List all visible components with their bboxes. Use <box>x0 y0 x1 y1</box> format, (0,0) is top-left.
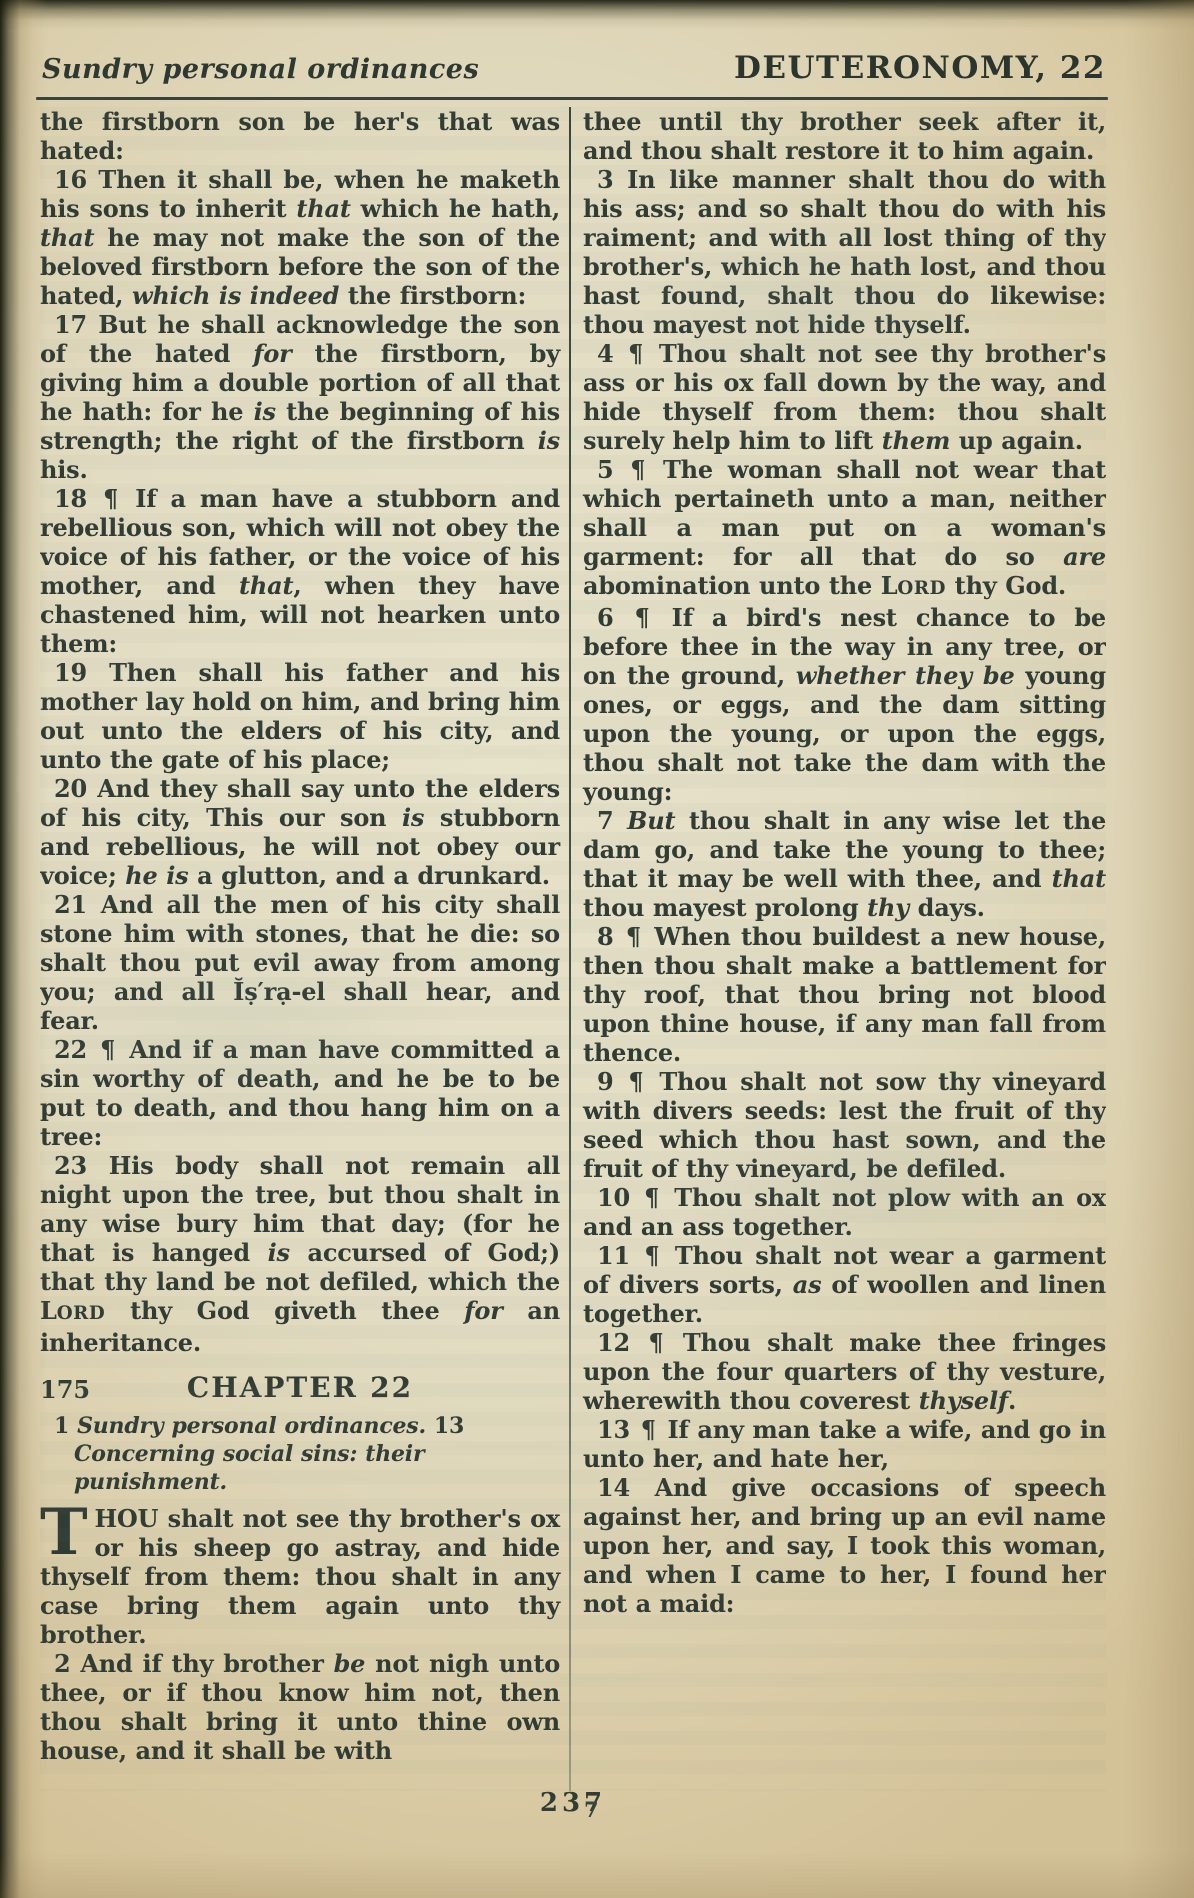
verse-paragraph: 7 But thou shalt in any wise let the dam… <box>583 806 1106 922</box>
verse-text: up again. <box>950 426 1083 455</box>
italicized-word: thy <box>867 893 909 922</box>
pilcrow-mark: ¶ <box>628 455 648 484</box>
italicized-word: that <box>239 571 293 600</box>
verse-number: 2 <box>54 1649 71 1678</box>
italicized-word: that <box>40 223 94 252</box>
verse-paragraph: 13 ¶ If any man take a wife, and go in u… <box>583 1415 1106 1473</box>
verse-paragraph: 14 And give occasions of speech against … <box>583 1473 1106 1618</box>
verse-continuation: thee until thy brother seek after it, an… <box>583 107 1106 165</box>
verse-text: abomination unto the <box>583 571 881 600</box>
verse-paragraph: 5 ¶ The woman shall not wear that which … <box>583 455 1106 603</box>
verse-number: 21 <box>54 890 87 919</box>
pilcrow-mark: ¶ <box>646 1328 666 1357</box>
verse-text: HOU shalt not see thy brother's ox or hi… <box>40 1504 560 1649</box>
verse-paragraph: 3 In like manner shalt thou do with his … <box>583 165 1106 339</box>
pilcrow-mark: ¶ <box>633 603 653 632</box>
pilcrow-mark: ¶ <box>101 484 121 513</box>
verse-text: which he hath, <box>351 194 560 223</box>
verse-text: thy God giveth thee <box>105 1296 464 1325</box>
verse-number: 16 <box>54 165 87 194</box>
verse-text: When thou buildest a new house, then tho… <box>583 922 1106 1067</box>
verse-text: . <box>1008 1386 1016 1415</box>
verse-text: And all the men of his city shall stone … <box>40 890 560 1035</box>
verse-text: thee until thy brother seek after it, an… <box>583 107 1106 165</box>
verse-number: 10 <box>597 1183 630 1212</box>
italicized-word: for <box>464 1296 502 1325</box>
verse-number: 17 <box>54 310 87 339</box>
verse-paragraph: 9 ¶ Thou shalt not sow thy vineyard with… <box>583 1067 1106 1183</box>
verse-paragraph: 17 But he shall acknowledge the son of t… <box>40 310 560 484</box>
italicized-word: for <box>253 339 291 368</box>
verse-text: days. <box>909 893 985 922</box>
verse-paragraph: THOU shalt not see thy brother's ox or h… <box>40 1504 560 1649</box>
verse-text: thy God. <box>946 571 1066 600</box>
italicized-word: he is <box>125 861 188 890</box>
verse-number: 20 <box>54 774 87 803</box>
verse-number: 9 <box>597 1067 614 1096</box>
small-caps-rest: ORD <box>57 1303 106 1324</box>
chapter-marginal-number: 175 <box>40 1375 90 1404</box>
verse-text: In like manner shalt thou do with his as… <box>583 165 1106 339</box>
verse-text: 13 <box>426 1413 464 1439</box>
verse-paragraph: 12 ¶ Thou shalt make thee fringes upon t… <box>583 1328 1106 1415</box>
italicized-word: is <box>402 803 424 832</box>
verse-text: And if a man have committed a sin worthy… <box>40 1035 560 1151</box>
verse-text: Thou shalt not plow with an ox and an as… <box>583 1183 1106 1241</box>
verse-number: 18 <box>54 484 87 513</box>
italicized-word: are <box>1063 542 1106 571</box>
pilcrow-mark: ¶ <box>639 1415 659 1444</box>
italicized-word: But <box>627 806 675 835</box>
verse-number: 13 <box>597 1415 630 1444</box>
verse-paragraph: 19 Then shall his father and his mother … <box>40 658 560 774</box>
italicized-word: thyself <box>919 1386 1008 1415</box>
italicized-word: be <box>334 1649 366 1678</box>
verse-text: 1 <box>54 1413 77 1439</box>
verse-paragraph: 20 And they shall say unto the elders of… <box>40 774 560 890</box>
italicized-word: is <box>268 1238 290 1267</box>
pilcrow-mark: ¶ <box>642 1241 662 1270</box>
header-rule <box>36 97 1108 100</box>
verse-text: the firstborn: <box>339 281 526 310</box>
verse-text: his. <box>40 455 88 484</box>
verse-paragraph: 10 ¶ Thou shalt not plow with an ox and … <box>583 1183 1106 1241</box>
verse-paragraph: 11 ¶ Thou shalt not wear a garment of di… <box>583 1241 1106 1328</box>
verse-paragraph: 16 Then it shall be, when he maketh his … <box>40 165 560 310</box>
pilcrow-mark: ¶ <box>98 1035 118 1064</box>
verse-text: Thou shalt not sow thy vineyard with div… <box>583 1067 1106 1183</box>
verse-paragraph: 6 ¶ If a bird's nest chance to be before… <box>583 603 1106 806</box>
pilcrow-mark: ¶ <box>624 922 644 951</box>
right-column: thee until thy brother seek after it, an… <box>583 107 1106 1791</box>
scan-top-shadow <box>0 0 1194 30</box>
column-divider-rule <box>569 107 571 1791</box>
verse-number: 14 <box>597 1473 630 1502</box>
verse-number: 22 <box>54 1035 87 1064</box>
running-head: Sundry personal ordinances DEUTERONOMY, … <box>42 50 1106 86</box>
verse-text: thou mayest prolong <box>583 893 867 922</box>
verse-text: And give occasions of speech against her… <box>583 1473 1106 1618</box>
verse-number: 11 <box>597 1241 630 1270</box>
verse-paragraph: 18 ¶ If a man have a stubborn and rebell… <box>40 484 560 658</box>
chapter-heading: 175CHAPTER 22 <box>40 1373 560 1402</box>
verse-number: 4 <box>597 339 614 368</box>
signature-mark: 7 <box>584 1797 599 1822</box>
verse-paragraph: 2 And if thy brother be not nigh unto th… <box>40 1649 560 1765</box>
verse-number: 7 <box>597 806 614 835</box>
italicized-word: that <box>296 194 350 223</box>
verse-number: 5 <box>597 455 614 484</box>
running-head-right: DEUTERONOMY, 22 <box>734 50 1106 86</box>
pilcrow-mark: ¶ <box>626 1067 646 1096</box>
chapter-title: CHAPTER 22 <box>187 1371 413 1404</box>
bible-page-scan: Sundry personal ordinances DEUTERONOMY, … <box>0 0 1194 1898</box>
verse-number: 23 <box>54 1151 87 1180</box>
italicized-word: Concerning social sins: their punishment… <box>74 1441 424 1495</box>
divine-name-small-caps: LORD <box>881 571 946 600</box>
drop-cap: T <box>40 1504 94 1558</box>
text-columns: the firstborn son be her's that was hate… <box>40 107 1106 1791</box>
italicized-word: whether they be <box>796 661 1015 690</box>
left-column: the firstborn son be her's that was hate… <box>40 107 560 1791</box>
verse-text: If any man take a wife, and go in unto h… <box>583 1415 1106 1473</box>
italicized-word: is <box>254 397 276 426</box>
running-head-left: Sundry personal ordinances <box>42 54 479 85</box>
verse-number: 19 <box>54 658 87 687</box>
italicized-word: Sundry personal ordinances. <box>77 1413 426 1439</box>
verse-continuation: the firstborn son be her's that was hate… <box>40 107 560 165</box>
verse-text: a glutton, and a drunkard. <box>189 861 550 890</box>
italicized-word: is <box>538 426 560 455</box>
verse-text: Then shall his father and his mother lay… <box>40 658 560 774</box>
italicized-word: them <box>882 426 950 455</box>
verse-text: The woman shall not wear that which pert… <box>583 455 1106 571</box>
verse-text: the firstborn son be her's that was hate… <box>40 107 560 165</box>
page-right-edge-shade <box>1124 0 1194 1898</box>
verse-paragraph: 8 ¶ When thou buildest a new house, then… <box>583 922 1106 1067</box>
italicized-word: which is indeed <box>132 281 339 310</box>
verse-number: 6 <box>597 603 614 632</box>
verse-paragraph: 23 His body shall not remain all night u… <box>40 1151 560 1357</box>
verse-number: 12 <box>597 1328 630 1357</box>
divine-name-small-caps: LORD <box>40 1296 105 1325</box>
page-number: 237 <box>40 1788 1106 1818</box>
pilcrow-mark: ¶ <box>642 1183 662 1212</box>
small-caps-rest: ORD <box>897 578 946 599</box>
verse-number: 8 <box>597 922 614 951</box>
page-bottom-edge-shade <box>0 1852 1194 1898</box>
verse-number: 3 <box>597 165 614 194</box>
pilcrow-mark: ¶ <box>626 339 646 368</box>
verse-text: And if thy brother <box>80 1649 333 1678</box>
verse-paragraph: 22 ¶ And if a man have committed a sin w… <box>40 1035 560 1151</box>
chapter-summary: 1 Sundry personal ordinances. 13 Concern… <box>40 1412 560 1496</box>
verse-paragraph: 4 ¶ Thou shalt not see thy brother's ass… <box>583 339 1106 455</box>
verse-paragraph: 21 And all the men of his city shall sto… <box>40 890 560 1035</box>
italicized-word: that <box>1052 864 1106 893</box>
italicized-word: as <box>793 1270 822 1299</box>
